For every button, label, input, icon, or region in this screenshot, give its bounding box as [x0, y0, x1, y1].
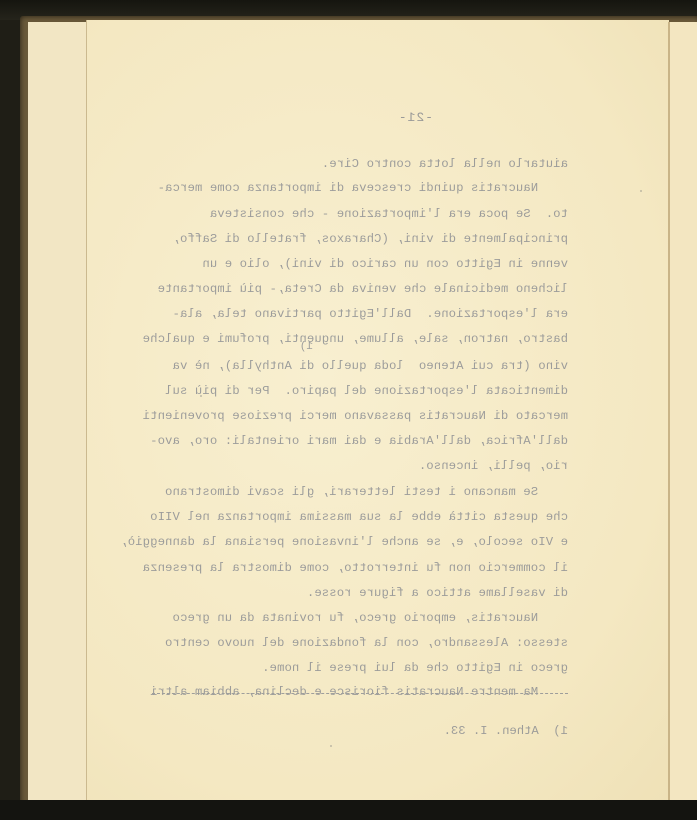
- text-line: greco in Egitto che da lui prese il nome…: [262, 661, 568, 675]
- text-line: dall'Africa, dall'Arabia e dai mari orie…: [150, 434, 568, 448]
- page-number: -21-: [398, 110, 433, 125]
- text-line: Naucratis, emporio greco, fu rovinata da…: [172, 611, 568, 625]
- footnote-separator: [152, 693, 568, 694]
- text-line: di vasellame attico a figure rosse.: [307, 586, 568, 600]
- text-line: il commercio non fu interrotto, come dim…: [143, 561, 568, 575]
- text-line: che questa città ebbe la sua massima imp…: [150, 510, 568, 524]
- paper-speck: [330, 745, 332, 747]
- paper-speck: [640, 190, 642, 192]
- text-line: aiutarlo nella lotta contro Cire.: [322, 157, 568, 171]
- text-line: mercato di Naucratis passavano merci pre…: [143, 409, 568, 423]
- text-line: Naucratis quindi cresceva di importanza …: [157, 181, 568, 195]
- paper-speck: [200, 395, 202, 397]
- text-line: e VIo secolo, e, se anche l'invasione pe…: [120, 535, 568, 549]
- adjacent-page-edge: [668, 22, 697, 800]
- text-line: to. Se poca era l'importazione - che con…: [210, 207, 568, 221]
- scan-background-bottom: [0, 800, 697, 820]
- text-line: principalmente di vini, (Charaxos, frate…: [172, 232, 568, 246]
- text-line: stesso: Alessandro, con la fondazione de…: [165, 636, 568, 650]
- text-line: rio, pelli, incenso.: [419, 459, 568, 473]
- text-line: era l'esportazione. Dall'Egitto partivan…: [172, 307, 568, 321]
- text-line: venne in Egitto con un carico di vini), …: [202, 257, 568, 271]
- mirrored-typewritten-text: -21- aiutarlo nella lotta contro Cire. N…: [86, 20, 668, 800]
- text-line: dimenticata l'esportazione del papiro. P…: [165, 384, 568, 398]
- footnote-reference: 1): [300, 341, 313, 353]
- text-line: vino (tra cui Ateneo loda quello di Anth…: [172, 359, 568, 373]
- text-line: Ma mentre Naucratis fiorisce e declina, …: [150, 685, 568, 699]
- text-line: Se mancano i testi letterari, gli scavi …: [165, 485, 568, 499]
- text-line: bastro, natron, sale, allume, unguenti, …: [143, 332, 568, 346]
- page-stack-leaf: [28, 22, 43, 800]
- text-line: licheno medicinale che veniva da Creta,-…: [157, 282, 568, 296]
- page-stack-leaf: [42, 22, 63, 800]
- footnote-text: 1) Athen. I. 33.: [444, 724, 568, 738]
